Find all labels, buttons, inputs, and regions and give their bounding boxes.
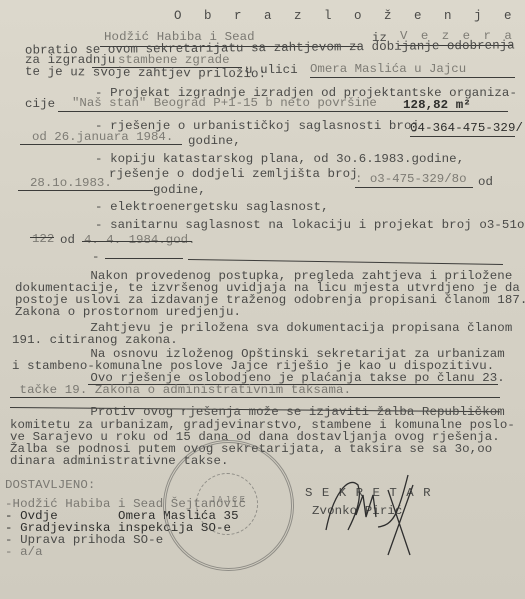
stamp-text: JAJCE bbox=[166, 495, 291, 505]
paragraph-line: Zakona o prostornom uredjenju. bbox=[15, 306, 241, 319]
street: Omera Maslića u Jajcu bbox=[310, 63, 466, 76]
underline bbox=[20, 144, 182, 145]
land-line: rješenje o dodjeli zemljišta broj bbox=[109, 168, 358, 181]
blank-dash: - bbox=[92, 251, 100, 264]
land-suffix: godine, bbox=[153, 184, 206, 197]
underline bbox=[188, 259, 503, 265]
underline bbox=[105, 258, 183, 259]
project-org: "Naš stan" Beograd P+1-15 b neto površin… bbox=[72, 97, 377, 110]
sanitary-number: 122 bbox=[32, 233, 54, 246]
underline bbox=[355, 187, 473, 188]
urban-date: od 26.januara 1984. bbox=[32, 131, 173, 144]
underline bbox=[58, 111, 508, 112]
document-page: O b r a z l o ž e n j e Hodžić Habiba i … bbox=[0, 0, 525, 599]
intro-line-3: te je uz svoje zahtjev priložio: bbox=[25, 66, 266, 82]
underline bbox=[82, 241, 192, 242]
underline bbox=[30, 237, 54, 238]
underline bbox=[18, 190, 153, 191]
urban-suffix: godine, bbox=[188, 135, 241, 148]
paragraph-line: 191. citiranog zakona. bbox=[12, 334, 178, 347]
paragraph-line: tačke 19. Zakona o administrativnim taks… bbox=[12, 384, 351, 397]
underline bbox=[310, 77, 515, 78]
electro-line: - elektroenergetsku saglasnost, bbox=[95, 201, 329, 214]
sanitary-od: od bbox=[60, 234, 75, 247]
cadastre-line: - kopiju katastarskog plana, od 3o.6.198… bbox=[95, 153, 464, 166]
land-date: 28.1o.1983. bbox=[30, 177, 112, 190]
delivered-heading: DOSTAVLJENO: bbox=[5, 479, 95, 492]
project-prefix: cije bbox=[25, 98, 55, 111]
land-od: od bbox=[478, 176, 493, 189]
underline bbox=[410, 136, 515, 137]
land-number: : o3-475-329/8o bbox=[355, 173, 467, 186]
document-title: O b r a z l o ž e n j e bbox=[174, 10, 519, 23]
handwritten-signature bbox=[318, 455, 428, 565]
official-stamp: JAJCE bbox=[163, 440, 294, 571]
recipient: - a/a bbox=[5, 546, 43, 559]
underline bbox=[10, 397, 500, 398]
sanitary-line: - sanitarnu saglasnost na lokaciju i pro… bbox=[95, 219, 525, 232]
urban-number: 04-364-475-329/ bbox=[410, 122, 523, 135]
